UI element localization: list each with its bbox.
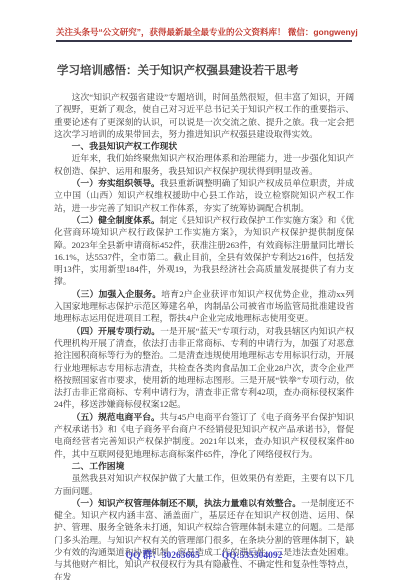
section-item-lead: （一）夯实组织领导。 <box>72 178 160 188</box>
section-item-lead: （二）健全制度体系。 <box>72 215 160 225</box>
section-item-text: 制定《县知识产权行政保护工作实施方案》和《优化营商环境知识产权行政保护工作实施方… <box>54 215 354 286</box>
section-item-5: （五）规范电商平台。共与45户电商平台签订了《电子商务平台保护知识产权承诺书》和… <box>54 411 354 460</box>
paragraph-text: 近年来，我们始终聚焦知识产权治理体系和治理能力，进一步强化知识产权创造、保护、运… <box>54 153 354 175</box>
paragraph-intro: 这次“知识产权强省建设”专题培训，时间虽然很短，但丰富了知识，开阔了视野，更新了… <box>54 91 354 140</box>
document-body: 这次“知识产权强省建设”专题培训，时间虽然很短，但丰富了知识，开阔了视野，更新了… <box>54 91 354 580</box>
paragraph-text: 这次“知识产权强省建设”专题培训，时间虽然很短，但丰富了知识，开阔了视野，更新了… <box>54 92 354 139</box>
header-notice: 关注头条号“公文研究”，获得最新最全最专业的公文资料库！ 微信：gongweny… <box>56 27 352 42</box>
section-item-4: （四）开展专项行动。一是开展“蓝天”专项行动，对我县辖区内知识产权代理机构开展了… <box>54 325 354 411</box>
section-item-lead: （一）知识产权管理体制还不顺，执法力量难以有效整合。 <box>72 498 301 508</box>
paragraph-text: 虽然我县对知识产权保护做了大量工作，但效果仍有差距，主要有以下几方面问题。 <box>54 473 354 495</box>
section-item-6: （一）知识产权管理体制还不顺，执法力量难以有效整合。一是制度还不健全。知识产权内… <box>54 497 354 580</box>
section-heading-2: 二、工作困境 <box>54 460 354 472</box>
section-item-lead: （四）开展专项行动。 <box>72 326 161 336</box>
section-heading-text: 一、我县知识产权工作现状 <box>72 141 178 151</box>
qq-number: QQ:535304092 <box>222 551 283 561</box>
section-item-2: （二）健全制度体系。制定《县知识产权行政保护工作实施方案》和《优化营商环境知识产… <box>54 214 354 288</box>
section-heading-1: 一、我县知识产权工作现状 <box>54 140 354 152</box>
paragraph: 虽然我县对知识产权保护做了大量工作，但效果仍有差距，主要有以下几方面问题。 <box>54 472 354 497</box>
document-page: 关注头条号“公文研究”，获得最新最全最专业的公文资料库！ 微信：gongweny… <box>0 0 408 580</box>
qq-group-number: QQ 群：30265665 <box>126 551 200 561</box>
section-item-1: （一）夯实组织领导。我县重新调整明确了知识产权成员单位职责，并成立中国（山西）知… <box>54 177 354 214</box>
section-item-text: 一是制度还不健全。知识产权内涵丰富、涵盖面广，基层还存在知识产权创造、运用、保护… <box>54 498 354 580</box>
paragraph: 近年来，我们始终聚焦知识产权治理体系和治理能力，进一步强化知识产权创造、保护、运… <box>54 152 354 177</box>
page-title: 学习培训感悟：关于知识产权强县建设若干思考 <box>57 62 299 78</box>
footer-contact: QQ 群：30265665QQ:535304092 <box>0 547 408 561</box>
section-item-lead: （五）规范电商平台。 <box>72 412 160 422</box>
section-heading-text: 二、工作困境 <box>72 461 125 471</box>
section-item-text: 一是开展“蓝天”专项行动，对我县辖区内知识产权代理机构开展了清查，依法打击非正常… <box>54 326 354 410</box>
section-item-3: （三）加强入企服务。培育2户企业获评市知识产权优势企业，推动xx列入国家地理标志… <box>54 288 354 325</box>
section-item-lead: （三）加强入企服务。 <box>72 289 162 299</box>
